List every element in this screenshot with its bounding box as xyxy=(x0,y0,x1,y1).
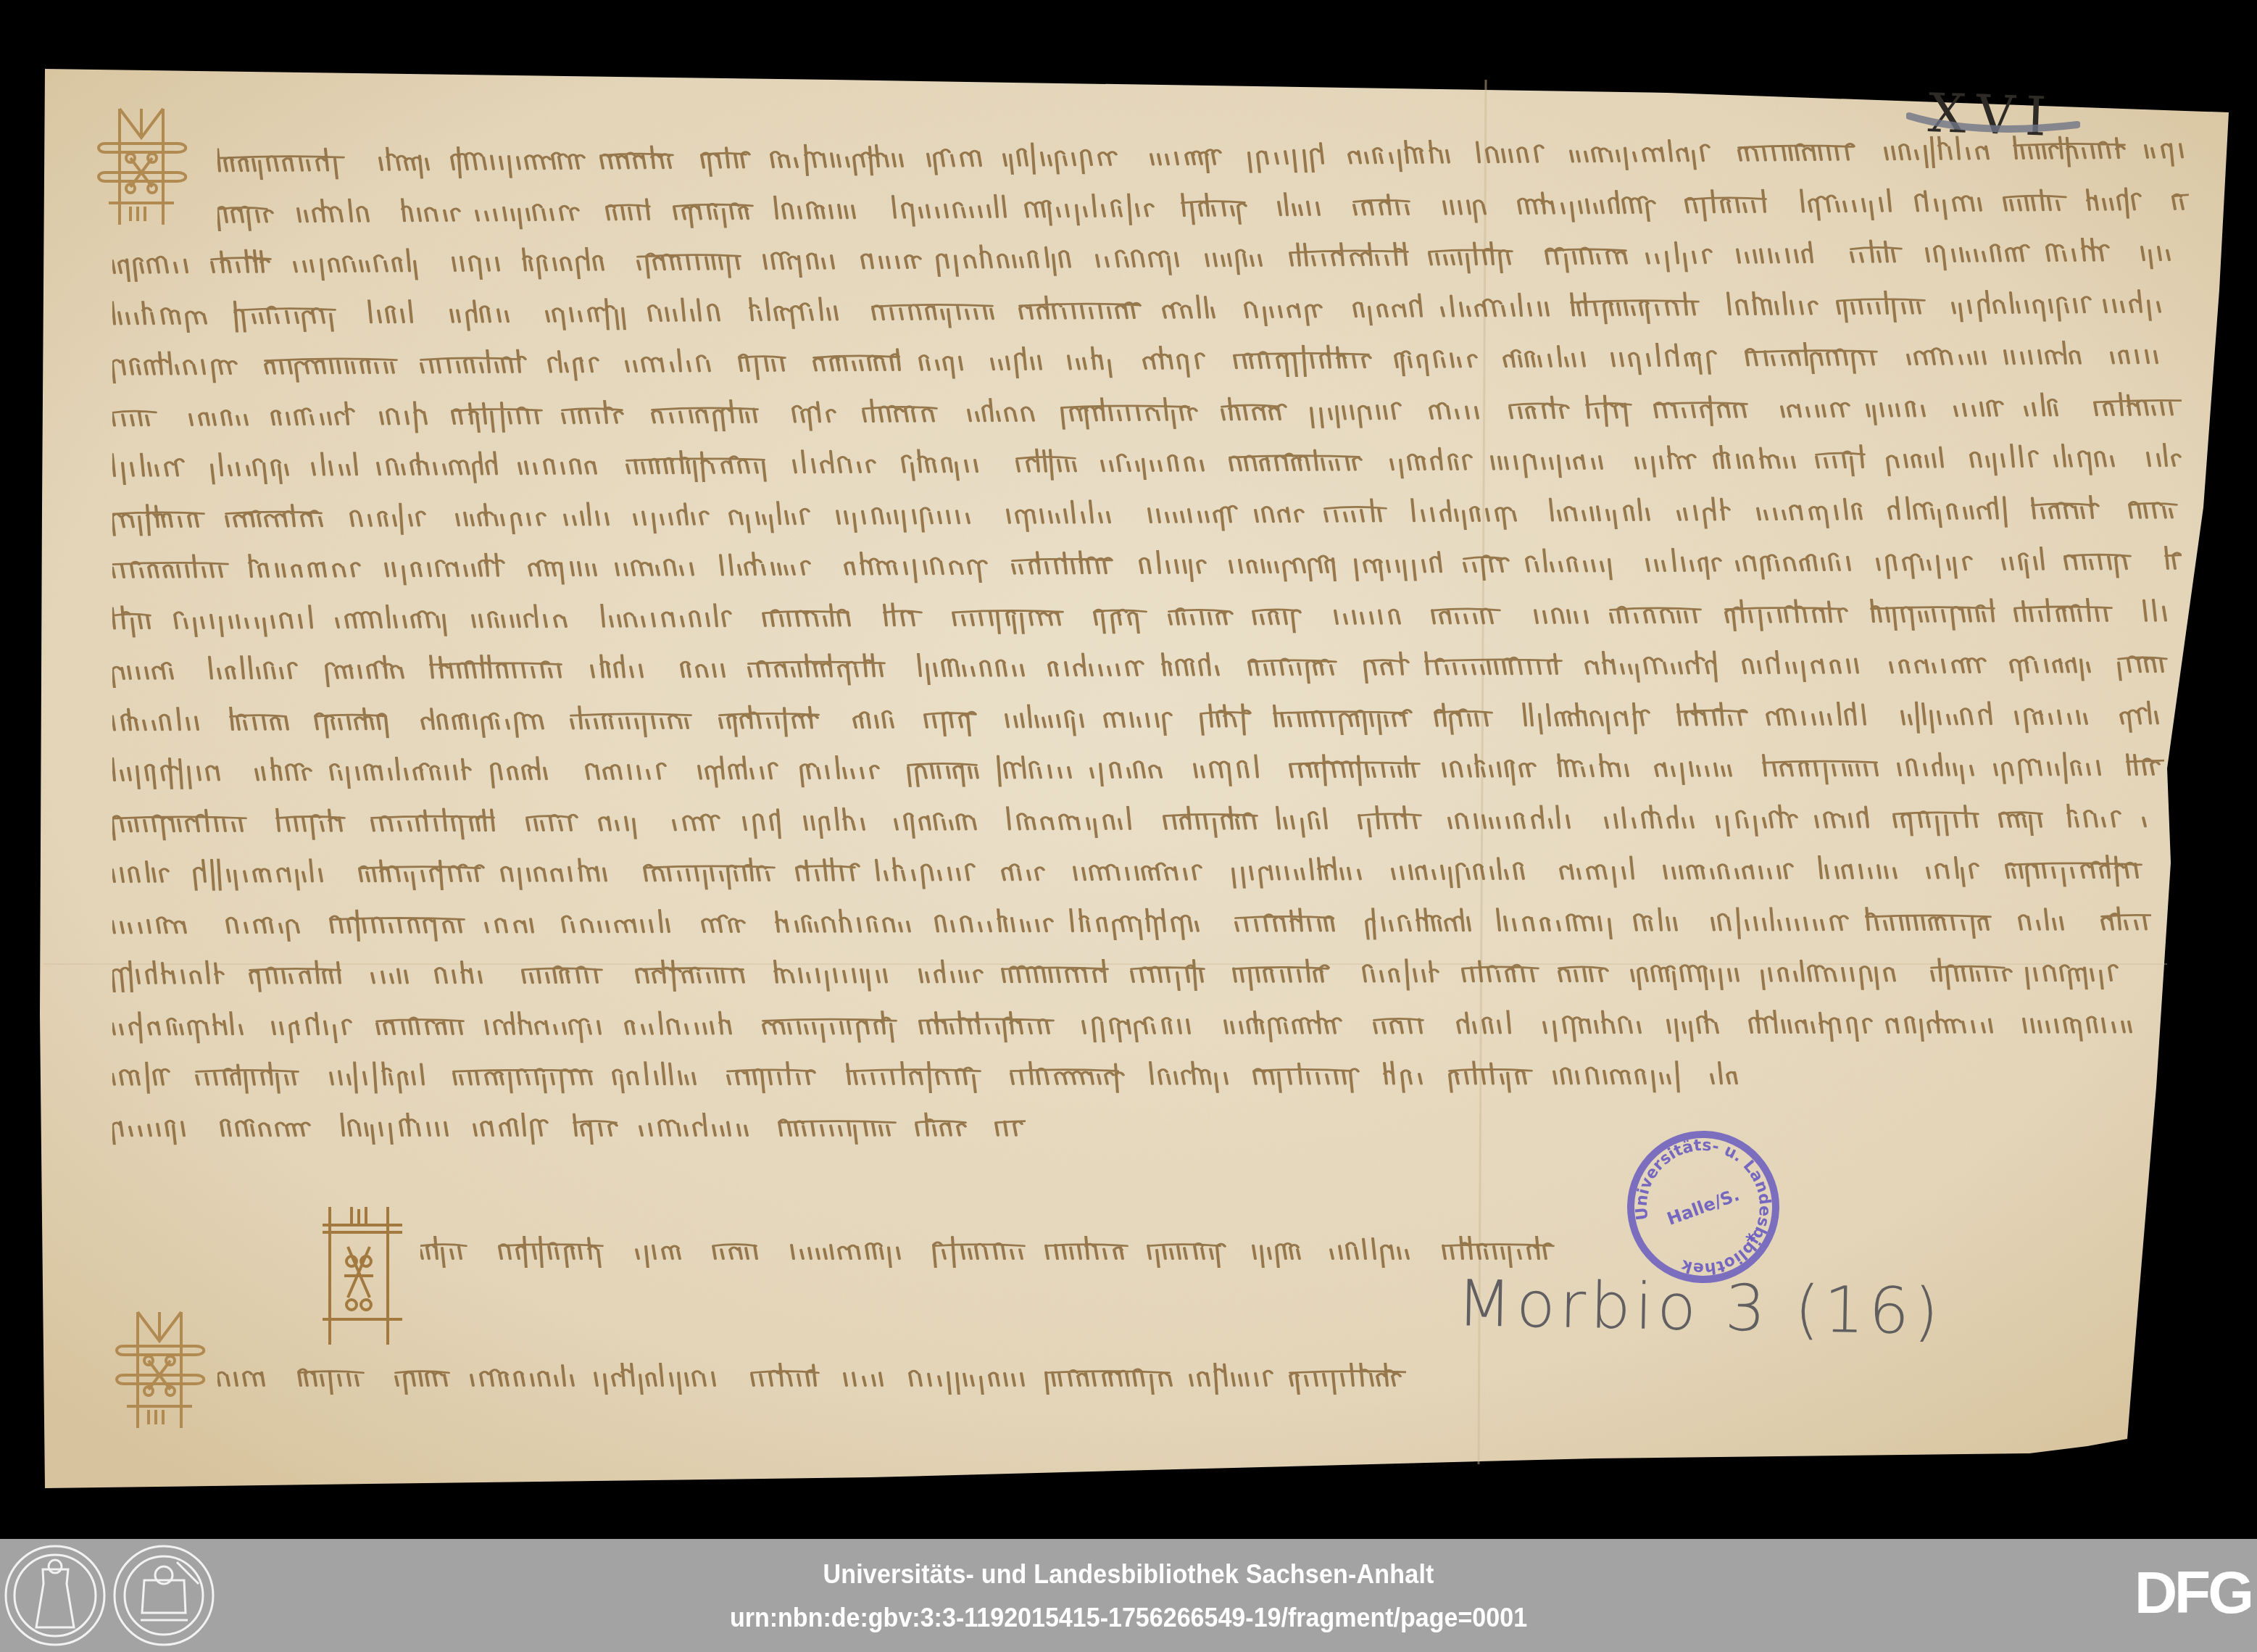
urn-identifier[interactable]: urn:nbn:de:gbv:3:3-1192015415-1756266549… xyxy=(91,1603,2167,1633)
notary-signum-icon xyxy=(91,94,192,232)
library-stamp: Universitäts- u. Landesbibliothek Halle/… xyxy=(1624,1127,1783,1287)
notary-signum-icon xyxy=(308,1203,410,1348)
charter-text-line xyxy=(112,1112,1026,1144)
university-seals-icon xyxy=(3,1540,220,1651)
document-viewer: XVI xyxy=(0,0,2257,1539)
charter-text-line xyxy=(112,1060,1743,1094)
dfg-logo: DFG xyxy=(2135,1568,2251,1619)
charter-text-line xyxy=(112,906,2151,942)
notary-signum-icon xyxy=(109,1301,210,1435)
stamp-center-text: Halle/S. xyxy=(1664,1184,1742,1229)
pencil-strikethrough xyxy=(1906,109,2080,138)
pencil-shelfmark: Morbio 3 (16) xyxy=(1456,1271,1943,1344)
charter-text-line xyxy=(112,700,2169,739)
institution-name: Universitäts- und Landesbibliothek Sachs… xyxy=(91,1559,2167,1590)
charter-text-line xyxy=(112,803,2160,840)
notary-subscription-line xyxy=(217,1363,1406,1395)
charter-text-line xyxy=(112,1009,2142,1043)
notary-subscription-line xyxy=(420,1236,1566,1268)
charter-text-line xyxy=(112,752,2164,789)
charter-text-line xyxy=(112,855,2156,891)
charter-text-line xyxy=(112,958,2147,992)
footer-bar: Universitäts- und Landesbibliothek Sachs… xyxy=(0,1539,2257,1652)
